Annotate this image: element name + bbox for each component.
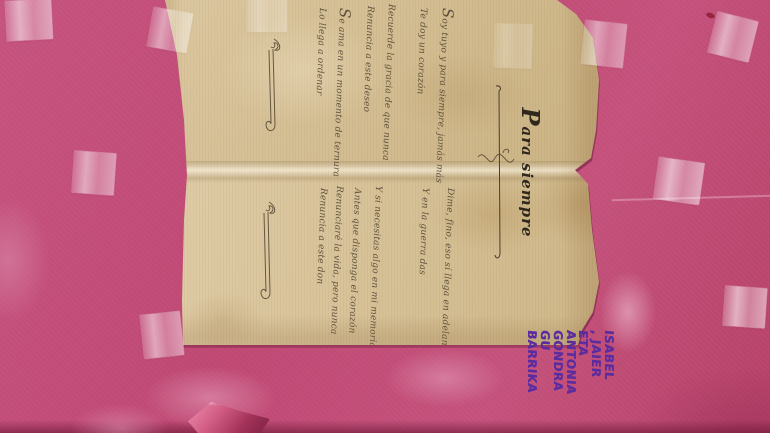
poem-sheet: Para siempre Soy tuyo y para siempre, ja… (163, 0, 600, 345)
marker-caption: ISABEL , JAIER ETA ANTONIA GONDRA GU BAR… (525, 330, 615, 433)
sheet-writing: Para siempre Soy tuyo y para siempre, ja… (163, 0, 600, 345)
verse-line: Y en la guerra das (417, 188, 430, 275)
tape-piece (653, 157, 704, 205)
column-end-flourish-icon (256, 35, 284, 137)
verse-line: Se ama en un momento de ternura (330, 8, 354, 178)
verse-line: Recuerde la gracia de que nunca (380, 4, 396, 161)
caption-line: GU (538, 329, 551, 433)
caption-line: ANTONIA (564, 329, 577, 433)
tape-piece (147, 7, 193, 53)
caption-line: BARRIKA (525, 329, 538, 433)
verse-line: Renuncia a este don (314, 188, 328, 285)
verse-line: Dime, fino, eso sí llega en adelante (439, 188, 455, 355)
verse-line: Renunciaré la vida, pero nunca (328, 186, 344, 335)
tape-piece (247, 0, 287, 32)
tape-piece (5, 0, 53, 41)
photo-of-album-page: Para siempre Soy tuyo y para siempre, ja… (0, 0, 770, 433)
tape-piece (581, 20, 627, 68)
caption-line: , JAIER (589, 329, 602, 433)
verse-line: Soy tuyo y para siempre, jamás más (432, 8, 457, 184)
verse-line: Antes que disponga el corazón (346, 188, 362, 334)
caption-line: ETA (577, 329, 590, 433)
title-underline-rule (492, 83, 504, 263)
tape-piece (493, 23, 533, 68)
caption-line: GONDRA (551, 329, 564, 433)
verse-line: Renuncia a este deseo (361, 6, 375, 113)
tape-piece (140, 311, 184, 359)
tape-piece (723, 286, 768, 329)
tape-piece (72, 151, 117, 196)
verse-line: Te doy un corazón (415, 8, 428, 95)
column-end-flourish-icon (251, 197, 279, 305)
verse-line: Y si necesitas algo en mi memoria (367, 186, 383, 348)
verse-line: Lo llega a ordenar (314, 8, 327, 96)
caption-line: ISABEL (602, 329, 615, 433)
